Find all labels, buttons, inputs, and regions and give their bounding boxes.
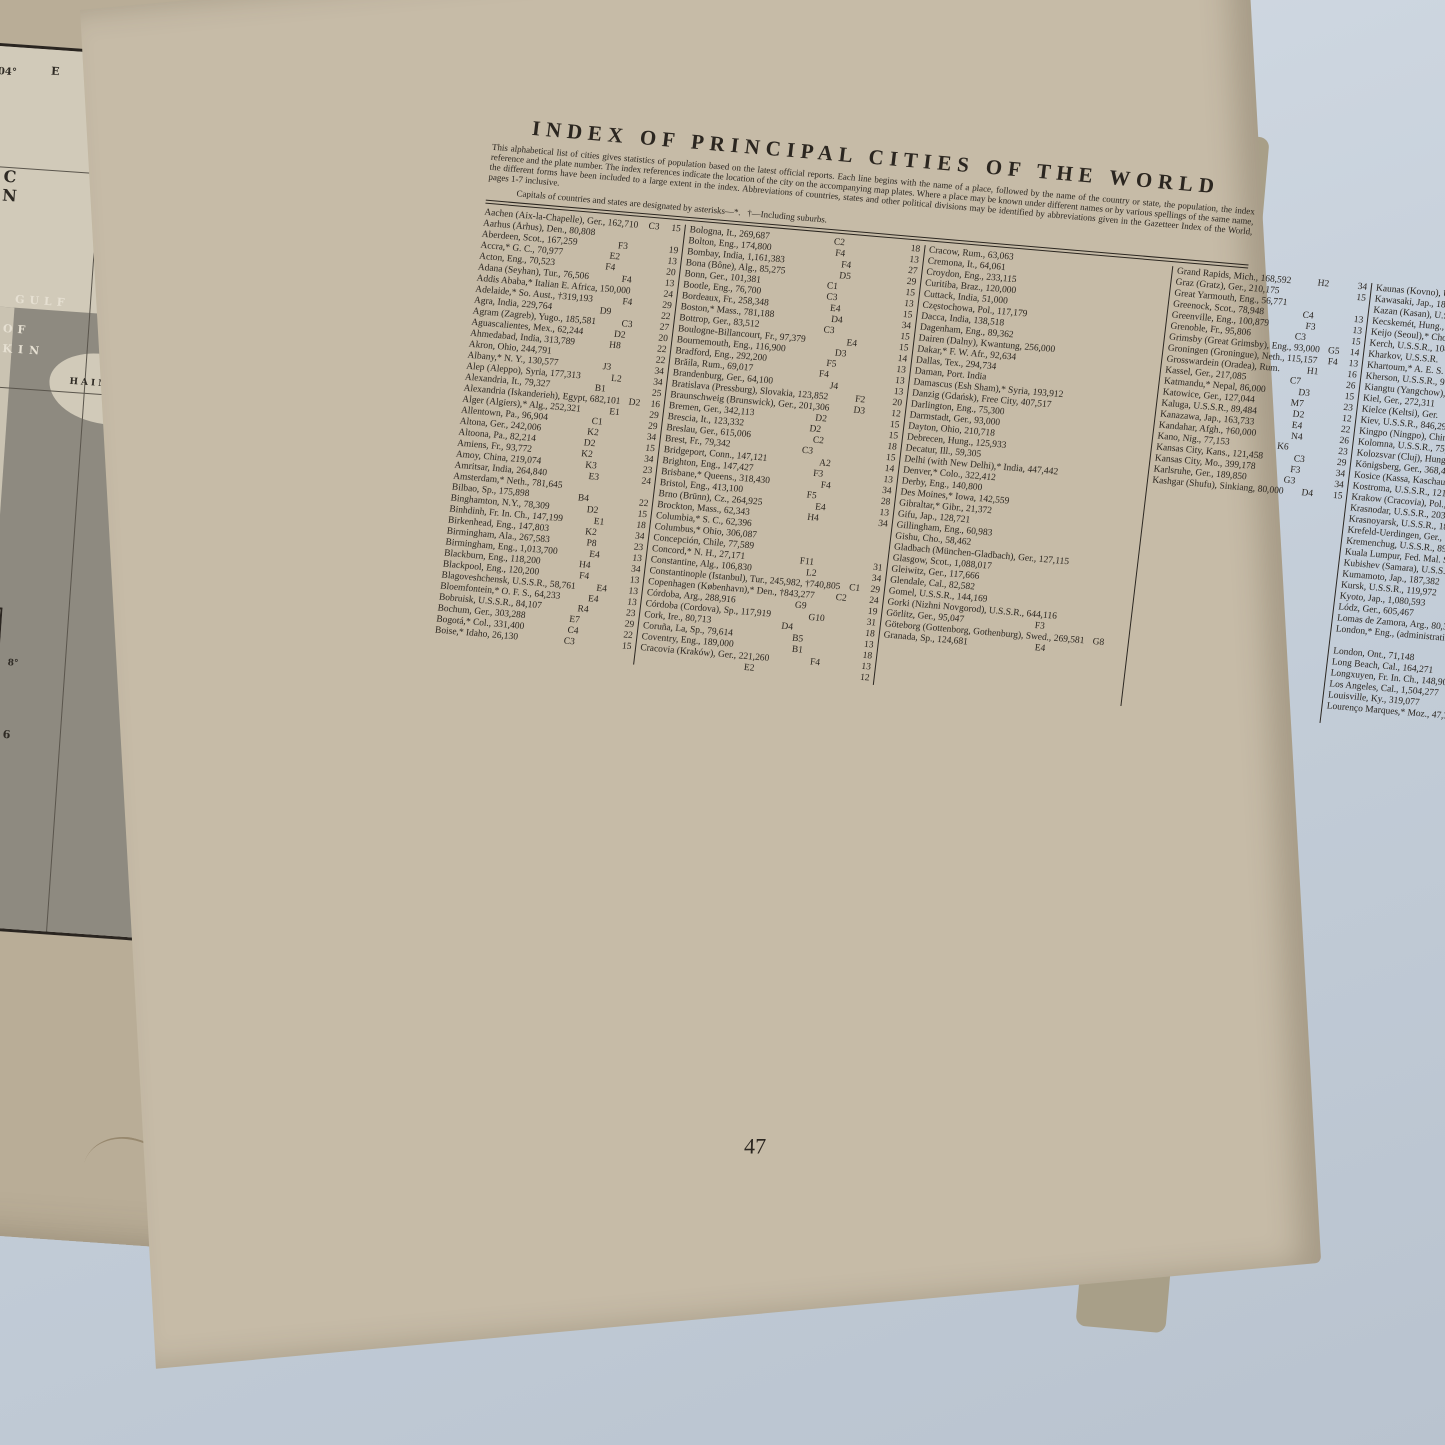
city-name (1325, 712, 1326, 723)
index-reference (1037, 588, 1052, 600)
index-reference: C2 (832, 593, 847, 605)
index-column: Cracow, Rum., 63,063Cremona, It., 64,061… (878, 245, 1174, 706)
index-reference (1072, 335, 1087, 347)
plate-number: 15 (1328, 490, 1343, 502)
index-reference: P8 (582, 538, 597, 550)
index-reference: E4 (1031, 643, 1046, 655)
index-reference: D3 (850, 405, 865, 417)
index-reference: F4 (618, 297, 633, 309)
index-reference: C3 (823, 292, 838, 304)
index-reference: C3 (645, 221, 660, 233)
map-grid-letter: E (51, 65, 60, 79)
index-reference (1087, 403, 1102, 415)
index-reference: K2 (578, 449, 593, 461)
index-reference: B4 (574, 493, 589, 505)
index-reference (1308, 289, 1323, 301)
index-reference: E1 (605, 407, 620, 419)
plate-number (1108, 649, 1123, 661)
index-reference: F4 (1323, 357, 1338, 369)
index-reference: K6 (1274, 441, 1289, 453)
index-reference (1086, 559, 1101, 571)
index-reference: F4 (831, 248, 846, 260)
index-reference: H1 (1304, 366, 1319, 378)
index-reference (1062, 446, 1077, 458)
index-reference: G10 (808, 613, 826, 625)
index-reference: G8 (1090, 637, 1105, 649)
index-reference: F4 (601, 262, 616, 274)
map-side-number: 6 (2, 728, 11, 742)
index-content: INDEX OF PRINCIPAL CITIES OF THE WORLD T… (433, 113, 1259, 713)
index-reference: F11 (799, 557, 815, 569)
right-page-index: INDEX OF PRINCIPAL CITIES OF THE WORLD T… (80, 0, 1321, 1369)
index-reference: B1 (788, 644, 803, 656)
index-reference (1092, 348, 1107, 360)
index-reference: G9 (792, 600, 807, 612)
index-reference (594, 350, 609, 362)
map-label-of: OF (3, 322, 31, 337)
index-reference: E2 (740, 663, 755, 675)
index-reference: F3 (809, 469, 824, 481)
index-reference: D4 (1298, 488, 1313, 500)
plate-number: 15 (617, 641, 632, 653)
index-reference: C3 (798, 445, 813, 457)
index-reference (1047, 489, 1062, 501)
index-reference (1056, 434, 1071, 446)
index-reference: C3 (560, 636, 575, 648)
plate-number: 12 (855, 672, 870, 684)
index-reference (1072, 269, 1087, 281)
index-reference (637, 287, 652, 299)
index-columns: Aachen (Aix-la-Chapelle), Ger., 162,710C… (433, 208, 1248, 713)
index-reference: F4 (575, 571, 590, 583)
index-reference: D2 (806, 424, 821, 436)
index-reference (1086, 470, 1101, 482)
city-name (1334, 635, 1335, 646)
map-tick-latitude: 8° (7, 658, 18, 669)
index-reference: F4 (814, 369, 829, 381)
index-reference: J3 (597, 362, 612, 374)
city-name (638, 654, 639, 665)
index-reference: D9 (597, 306, 612, 318)
index-reference: C3 (820, 325, 835, 337)
index-reference: N4 (1288, 432, 1303, 444)
index-reference (1077, 614, 1092, 626)
index-reference (1071, 302, 1086, 314)
index-reference: C7 (1286, 376, 1301, 388)
index-reference: F5 (802, 490, 817, 502)
index-reference: F4 (816, 480, 831, 492)
index-reference: K3 (582, 460, 597, 472)
index-reference: C1 (845, 583, 860, 595)
index-reference (591, 483, 606, 495)
index-reference: E3 (584, 472, 599, 484)
index-reference: F4 (805, 657, 820, 669)
index-reference: D2 (584, 505, 599, 517)
index-reference: E4 (826, 303, 841, 315)
index-reference (1068, 324, 1083, 336)
index-column: Bologna, It., 269,687C218Bolton, Eng., 1… (638, 225, 925, 685)
map-tick-longitude: 104° (0, 65, 17, 78)
index-reference (1039, 521, 1054, 533)
page-number: 47 (744, 1133, 767, 1159)
index-reference: L2 (607, 374, 622, 386)
index-reference: D4 (778, 621, 793, 633)
index-reference: D2 (626, 397, 641, 409)
